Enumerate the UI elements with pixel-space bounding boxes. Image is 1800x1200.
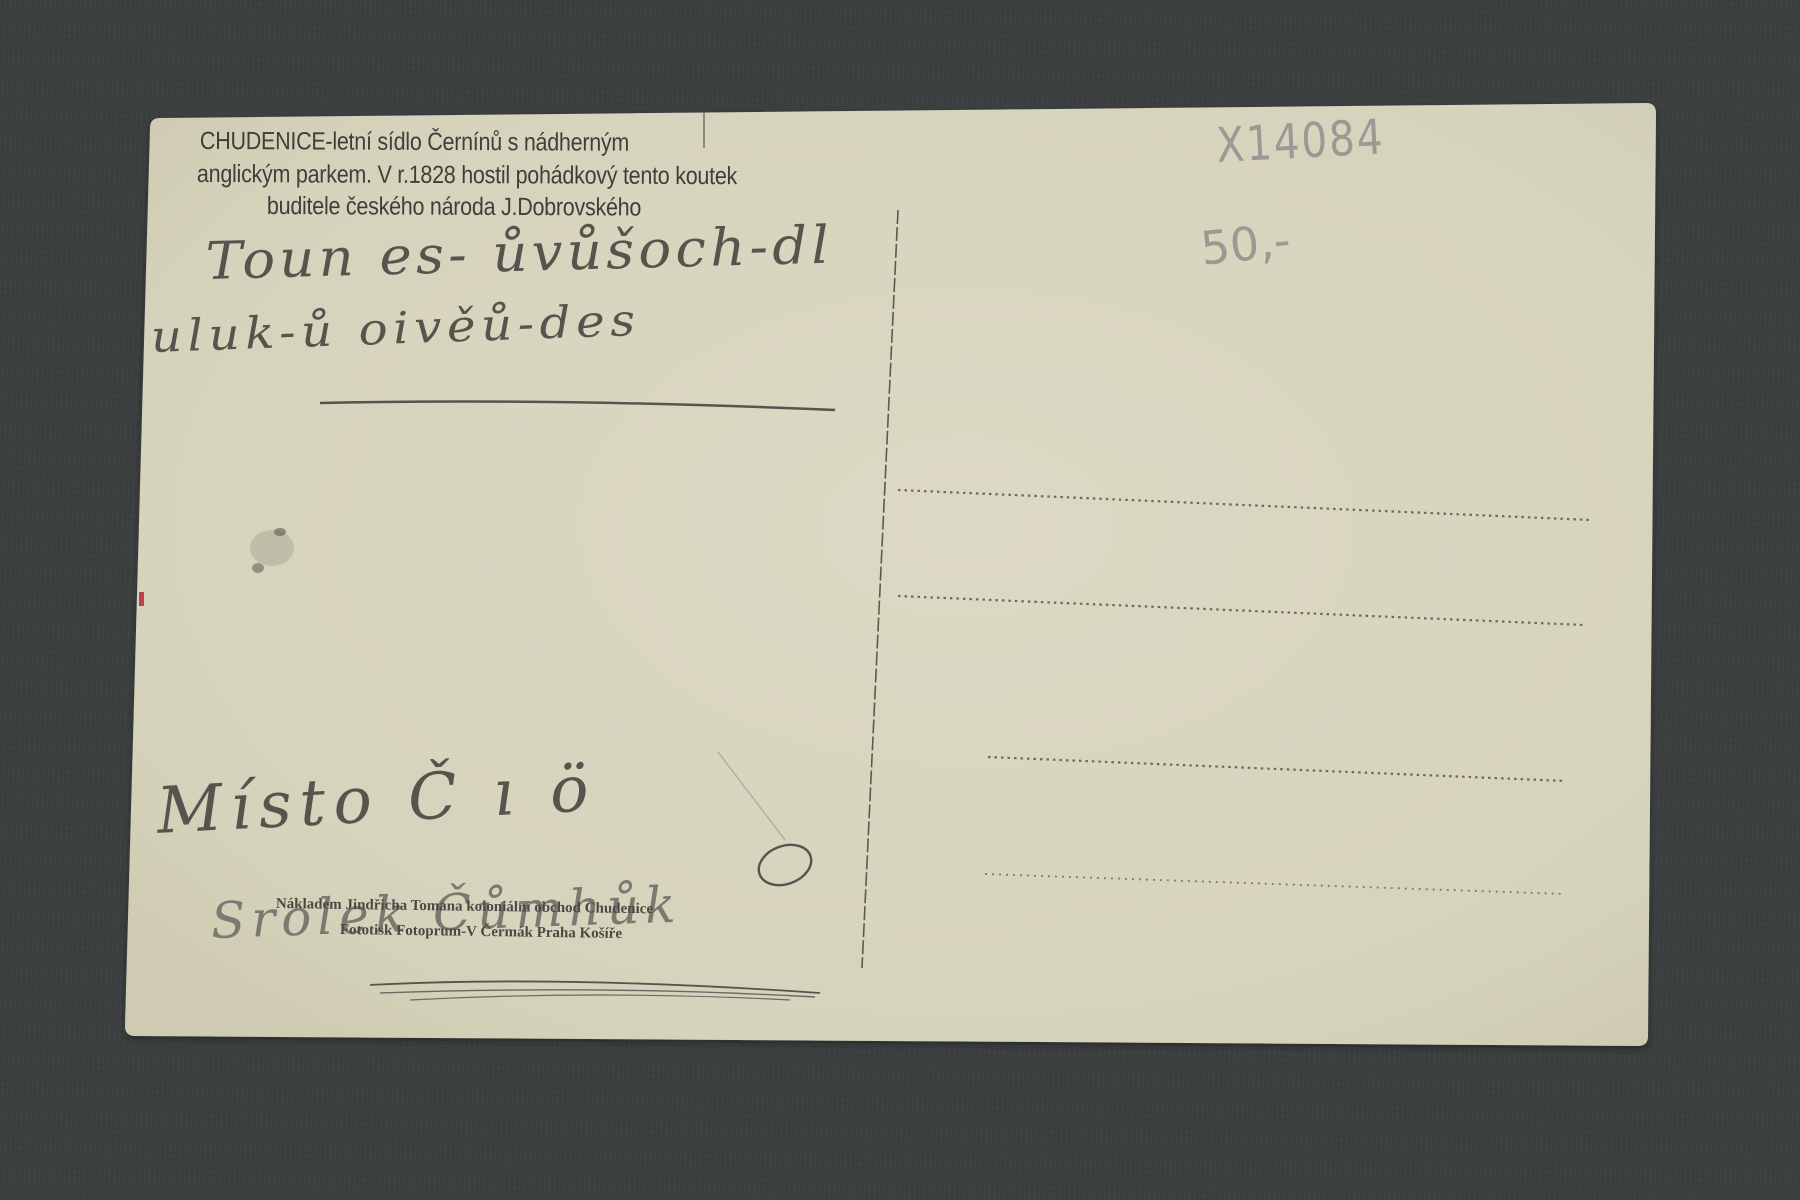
pencil-price: 50,-	[1198, 213, 1293, 276]
pencil-inventory-number: X14084	[1215, 109, 1386, 174]
postcard: CHUDENICE-letní sídlo Černínů s nádherný…	[0, 0, 1800, 1200]
caption-line-1: CHUDENICE-letní sídlo Černínů s nádherný…	[200, 127, 629, 158]
caption-line-3: buditele českého národa J.Dobrovského	[267, 192, 641, 223]
caption-line-2: anglickým parkem. V r.1828 hostil pohádk…	[197, 160, 737, 191]
